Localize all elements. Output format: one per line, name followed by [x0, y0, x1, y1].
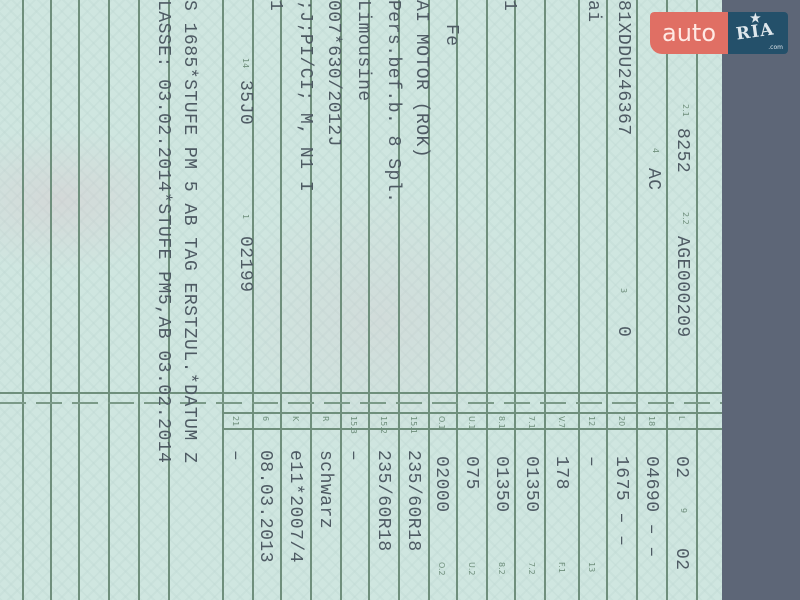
code-20: 20	[617, 416, 626, 426]
code-V7: V.7	[557, 416, 566, 428]
code-15-1: 15.1	[409, 416, 418, 434]
length-value: 04690 – –	[642, 456, 660, 558]
code-row-top	[222, 412, 722, 414]
watermark-auto-label: auto	[650, 12, 728, 54]
autoria-watermark: auto ★ RIA .com	[650, 12, 788, 54]
axles-value: 02	[672, 456, 690, 479]
type-approval-number: 007*630/2012J	[324, 0, 342, 147]
code-F1: F.1	[557, 562, 566, 573]
column-divider	[696, 0, 698, 600]
watermark-ria-block: ★ RIA .com	[728, 12, 788, 54]
body-type: Limousine	[354, 0, 372, 102]
column-divider	[22, 0, 24, 600]
column-divider	[222, 0, 224, 600]
column-divider	[636, 0, 638, 600]
column-divider	[108, 0, 110, 600]
code-O2: O.2	[437, 562, 446, 576]
remarks-line-2: LASSE: 03.02.2014*STUFE PM5,AB 03.02.201…	[154, 0, 172, 463]
code-15-3: 15.3	[349, 416, 358, 434]
background-surface	[722, 0, 800, 600]
type-code: AGE000209	[673, 236, 691, 338]
manufacturer-code: 8252	[673, 128, 691, 173]
code-7-2: 7.2	[527, 562, 536, 575]
column-divider	[606, 0, 608, 600]
code-O1: O.1	[437, 416, 446, 430]
date-field-6-value: 08.03.2013	[256, 450, 274, 563]
code-U1: U.1	[467, 416, 476, 430]
field-12-value: –	[582, 456, 600, 467]
code-8-1: 8.1	[497, 416, 506, 429]
co2-value: 178	[552, 456, 570, 490]
column-divider	[280, 0, 282, 600]
field-code-1: 1	[241, 214, 250, 219]
row-1-b: 1	[266, 0, 284, 11]
registration-document: 4 2.1 8252 2.2 AGE000209 4 AC 81XDDU2463…	[0, 0, 722, 600]
row-1-a: 1	[500, 0, 518, 11]
fuel-type: Fe	[442, 24, 460, 47]
code-18: 18	[647, 416, 656, 426]
column-divider	[456, 0, 458, 600]
tyre-axle-3-value: –	[344, 450, 362, 461]
field-4-value: AC	[644, 168, 662, 191]
code-L: L	[677, 416, 686, 420]
dashed-divider	[0, 402, 722, 404]
trailer-load-value: 02000	[432, 456, 450, 513]
field-code-3: 3	[619, 288, 628, 293]
column-divider	[514, 0, 516, 600]
field-21-value: –	[226, 450, 244, 461]
column-divider	[138, 0, 140, 600]
color-value: schwarz	[316, 450, 334, 529]
column-divider	[50, 0, 52, 600]
code-13: 13	[587, 562, 596, 572]
code-R: R	[321, 416, 330, 422]
height-value: 1675 – –	[612, 456, 630, 546]
axle-load-1-value: 01350	[522, 456, 540, 513]
vehicle-class: Pers.bef.b. 8 Spl.	[384, 0, 402, 203]
field-code-14: 14	[241, 58, 250, 68]
tyre-axle-2-value: 235/60R18	[374, 450, 392, 552]
noise-value: 075	[462, 456, 480, 490]
type-approval-k-value: e11*2007/4	[286, 450, 304, 563]
vin-number: 81XDDU246367	[614, 0, 632, 136]
tyre-axle-1-value: 235/60R18	[404, 450, 422, 552]
column-divider	[544, 0, 546, 600]
code-6: 6	[261, 416, 270, 421]
section-divider	[0, 392, 722, 394]
field-14-value: 35J0	[236, 80, 254, 125]
code-U2: U.2	[467, 562, 476, 576]
remarks-line-1: S 1685*STUFE PM 5 AB TAG ERSTZUL.*DATUM …	[180, 0, 198, 463]
make-fragment: ai	[584, 0, 602, 23]
field-1-value: 02199	[236, 236, 254, 293]
check-digit: 0	[614, 326, 632, 337]
manufacturer-name: AI MOTOR (ROK)	[412, 0, 430, 158]
code-K: K	[291, 416, 300, 421]
watermark-com-label: .com	[768, 44, 783, 51]
column-divider	[78, 0, 80, 600]
column-divider	[666, 0, 668, 600]
code-15-2: 15.2	[379, 416, 388, 434]
column-divider	[578, 0, 580, 600]
code-8-2: 8.2	[497, 562, 506, 575]
drive-axles-value: 02	[672, 548, 690, 571]
field-code-2-1: 2.1	[681, 104, 690, 117]
watermark-ria-label: RIA	[735, 19, 776, 44]
field-code-4: 4	[651, 148, 660, 153]
code-21: 21	[231, 416, 240, 426]
emission-classes: ;J;PI/CI; M, N1 I	[296, 0, 314, 192]
axle-load-8-1-value: 01350	[492, 456, 510, 513]
code-12: 12	[587, 416, 596, 426]
field-code-2-2: 2.2	[681, 212, 690, 225]
code-9: 9	[679, 508, 688, 513]
code-7-1: 7.1	[527, 416, 536, 429]
column-divider	[486, 0, 488, 600]
